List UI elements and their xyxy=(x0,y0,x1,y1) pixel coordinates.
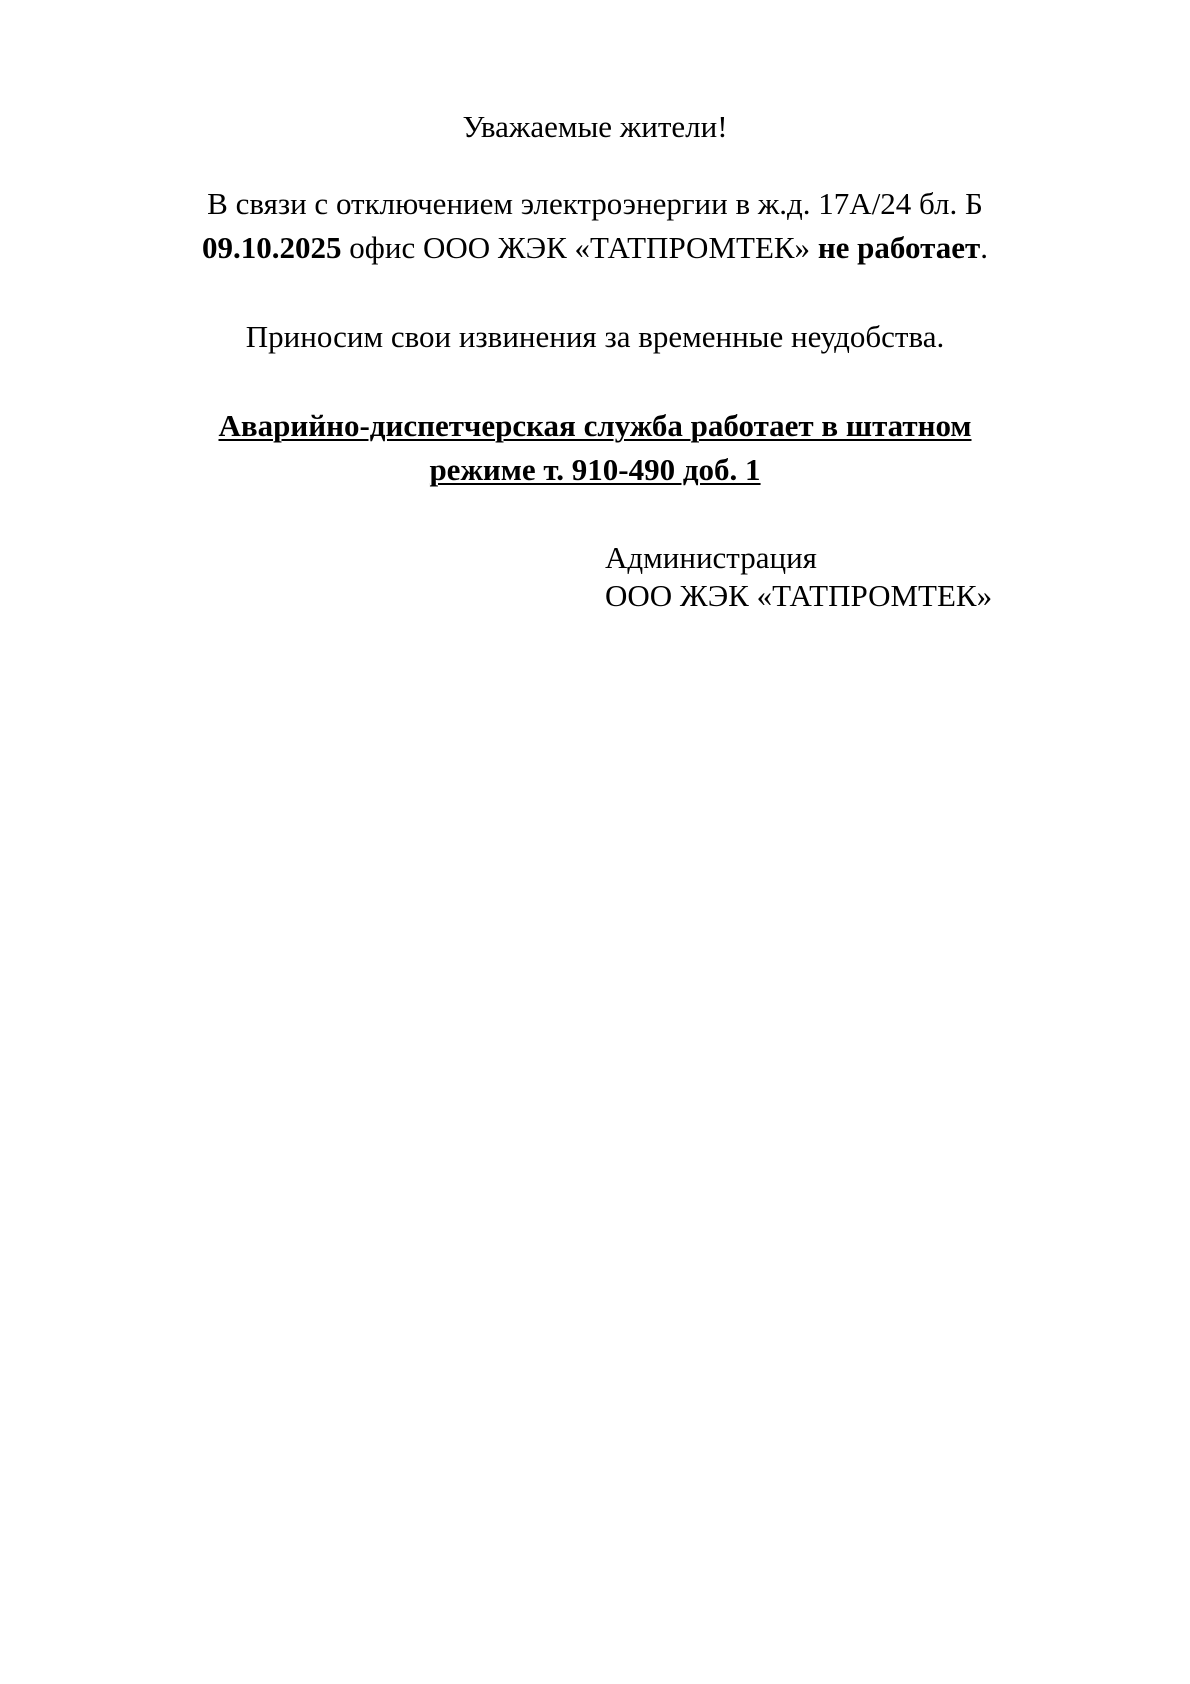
period: . xyxy=(980,230,988,265)
office-name: офис ООО ЖЭК «ТАТПРОМТЕК» xyxy=(342,230,818,265)
outage-date: 09.10.2025 xyxy=(202,230,342,265)
office-status: не работает xyxy=(818,230,980,265)
emergency-line-2: режиме т. 910-490 доб. 1 xyxy=(0,450,1190,490)
signature-line-1: Администрация xyxy=(605,538,817,578)
apology: Приносим свои извинения за временные неу… xyxy=(0,317,1190,357)
outage-line-2: 09.10.2025 офис ООО ЖЭК «ТАТПРОМТЕК» не … xyxy=(0,228,1190,268)
emergency-text-1: Аварийно-диспетчерская служба работает в… xyxy=(219,408,972,443)
outage-line-1: В связи с отключением электроэнергии в ж… xyxy=(0,184,1190,224)
signature-line-2: ООО ЖЭК «ТАТПРОМТЕК» xyxy=(605,576,992,616)
emergency-line-1: Аварийно-диспетчерская служба работает в… xyxy=(0,406,1190,446)
emergency-phone: режиме т. 910-490 доб. 1 xyxy=(429,452,760,487)
greeting: Уважаемые жители! xyxy=(0,107,1190,147)
